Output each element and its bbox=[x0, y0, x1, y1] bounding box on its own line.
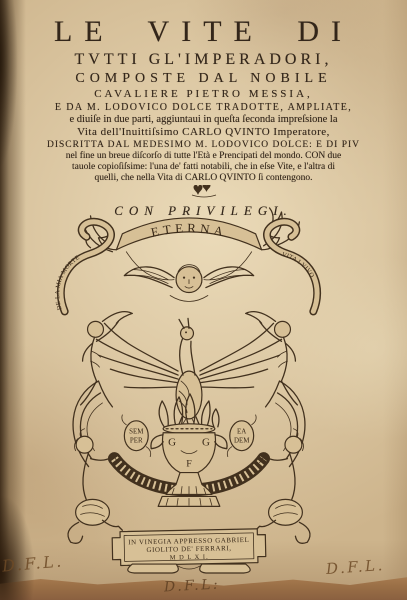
eterna-banner: ETERNA bbox=[98, 218, 279, 250]
imprint-cartouche: IN VINEGIA APPRESSO GABRIEL GIOLITO DE' … bbox=[112, 529, 266, 566]
motto-ribbon-left: DE LA MIA MORTE bbox=[54, 222, 111, 312]
handwritten-initials-right: D.F.L. bbox=[325, 556, 385, 578]
medallion-right-text-2: DEM bbox=[234, 437, 249, 445]
title-line-4: CAVALIERE PIETRO MESSIA, bbox=[0, 88, 407, 101]
cherub-head-icon bbox=[124, 252, 253, 302]
title-line-7: Vita dell'Inuittiſsimo CARLO QVINTO Impe… bbox=[0, 126, 407, 139]
motto-ribbon-right: VITA I VIVO bbox=[267, 222, 317, 312]
title-line-11: quelli, che nella Vita di CARLO QVINTO ſ… bbox=[0, 173, 407, 184]
title-line-2: TVTTI GL'IMPERADORI, bbox=[0, 50, 407, 70]
cartouche-base-scrolls bbox=[128, 564, 250, 573]
title-line-5: E DA M. LODOVICO DOLCE TRADOTTE, AMPLIAT… bbox=[0, 101, 407, 114]
printer-initial-g-left: G bbox=[168, 437, 176, 449]
title-line-9: nel fine un breue diſcorſo di tutte l'Et… bbox=[0, 151, 407, 162]
binding-stain-bottom bbox=[0, 496, 34, 600]
printer-initial-f: F bbox=[186, 459, 192, 470]
title-line-6: e diuiſe in due parti, aggiuntaui in que… bbox=[0, 114, 407, 126]
ornament-row bbox=[0, 185, 407, 200]
title-line-10: tauole copioſiſsime: l'una de' fatti not… bbox=[0, 162, 407, 173]
imprint-line-3: M D L X I. bbox=[170, 554, 209, 562]
giolito-phoenix-printer-device: ETERNA DE LA MIA MORTE VITA I VIVO bbox=[28, 206, 350, 574]
ribbon-left-textpath: DE LA MIA MORTE bbox=[54, 254, 81, 311]
urn-pedestal bbox=[158, 496, 220, 506]
medallion-left-text-2: PER bbox=[130, 437, 143, 445]
title-line-3: COMPOSTE DAL NOBILE bbox=[0, 70, 407, 88]
medallion-right-text-1: EA bbox=[237, 428, 246, 436]
medallion-eadem: EA DEM bbox=[227, 415, 256, 457]
title-line-1: LE VITE DI bbox=[0, 14, 407, 50]
ribbon-left-motto-text: DE LA MIA MORTE bbox=[54, 254, 81, 311]
medallion-left-text-1: SEM bbox=[129, 428, 143, 436]
handwritten-initials-center: D.F.L: bbox=[164, 577, 221, 596]
medallion-semper: SEM PER bbox=[122, 415, 151, 457]
printer-initial-g-right: G bbox=[202, 437, 210, 449]
title-block: LE VITE DI TVTTI GL'IMPERADORI, COMPOSTE… bbox=[0, 14, 407, 220]
title-line-8: DISCRITTA DAL MEDESIMO M. LODOVICO DOLCE… bbox=[0, 139, 407, 151]
aldine-leaf-ornament bbox=[189, 185, 219, 198]
